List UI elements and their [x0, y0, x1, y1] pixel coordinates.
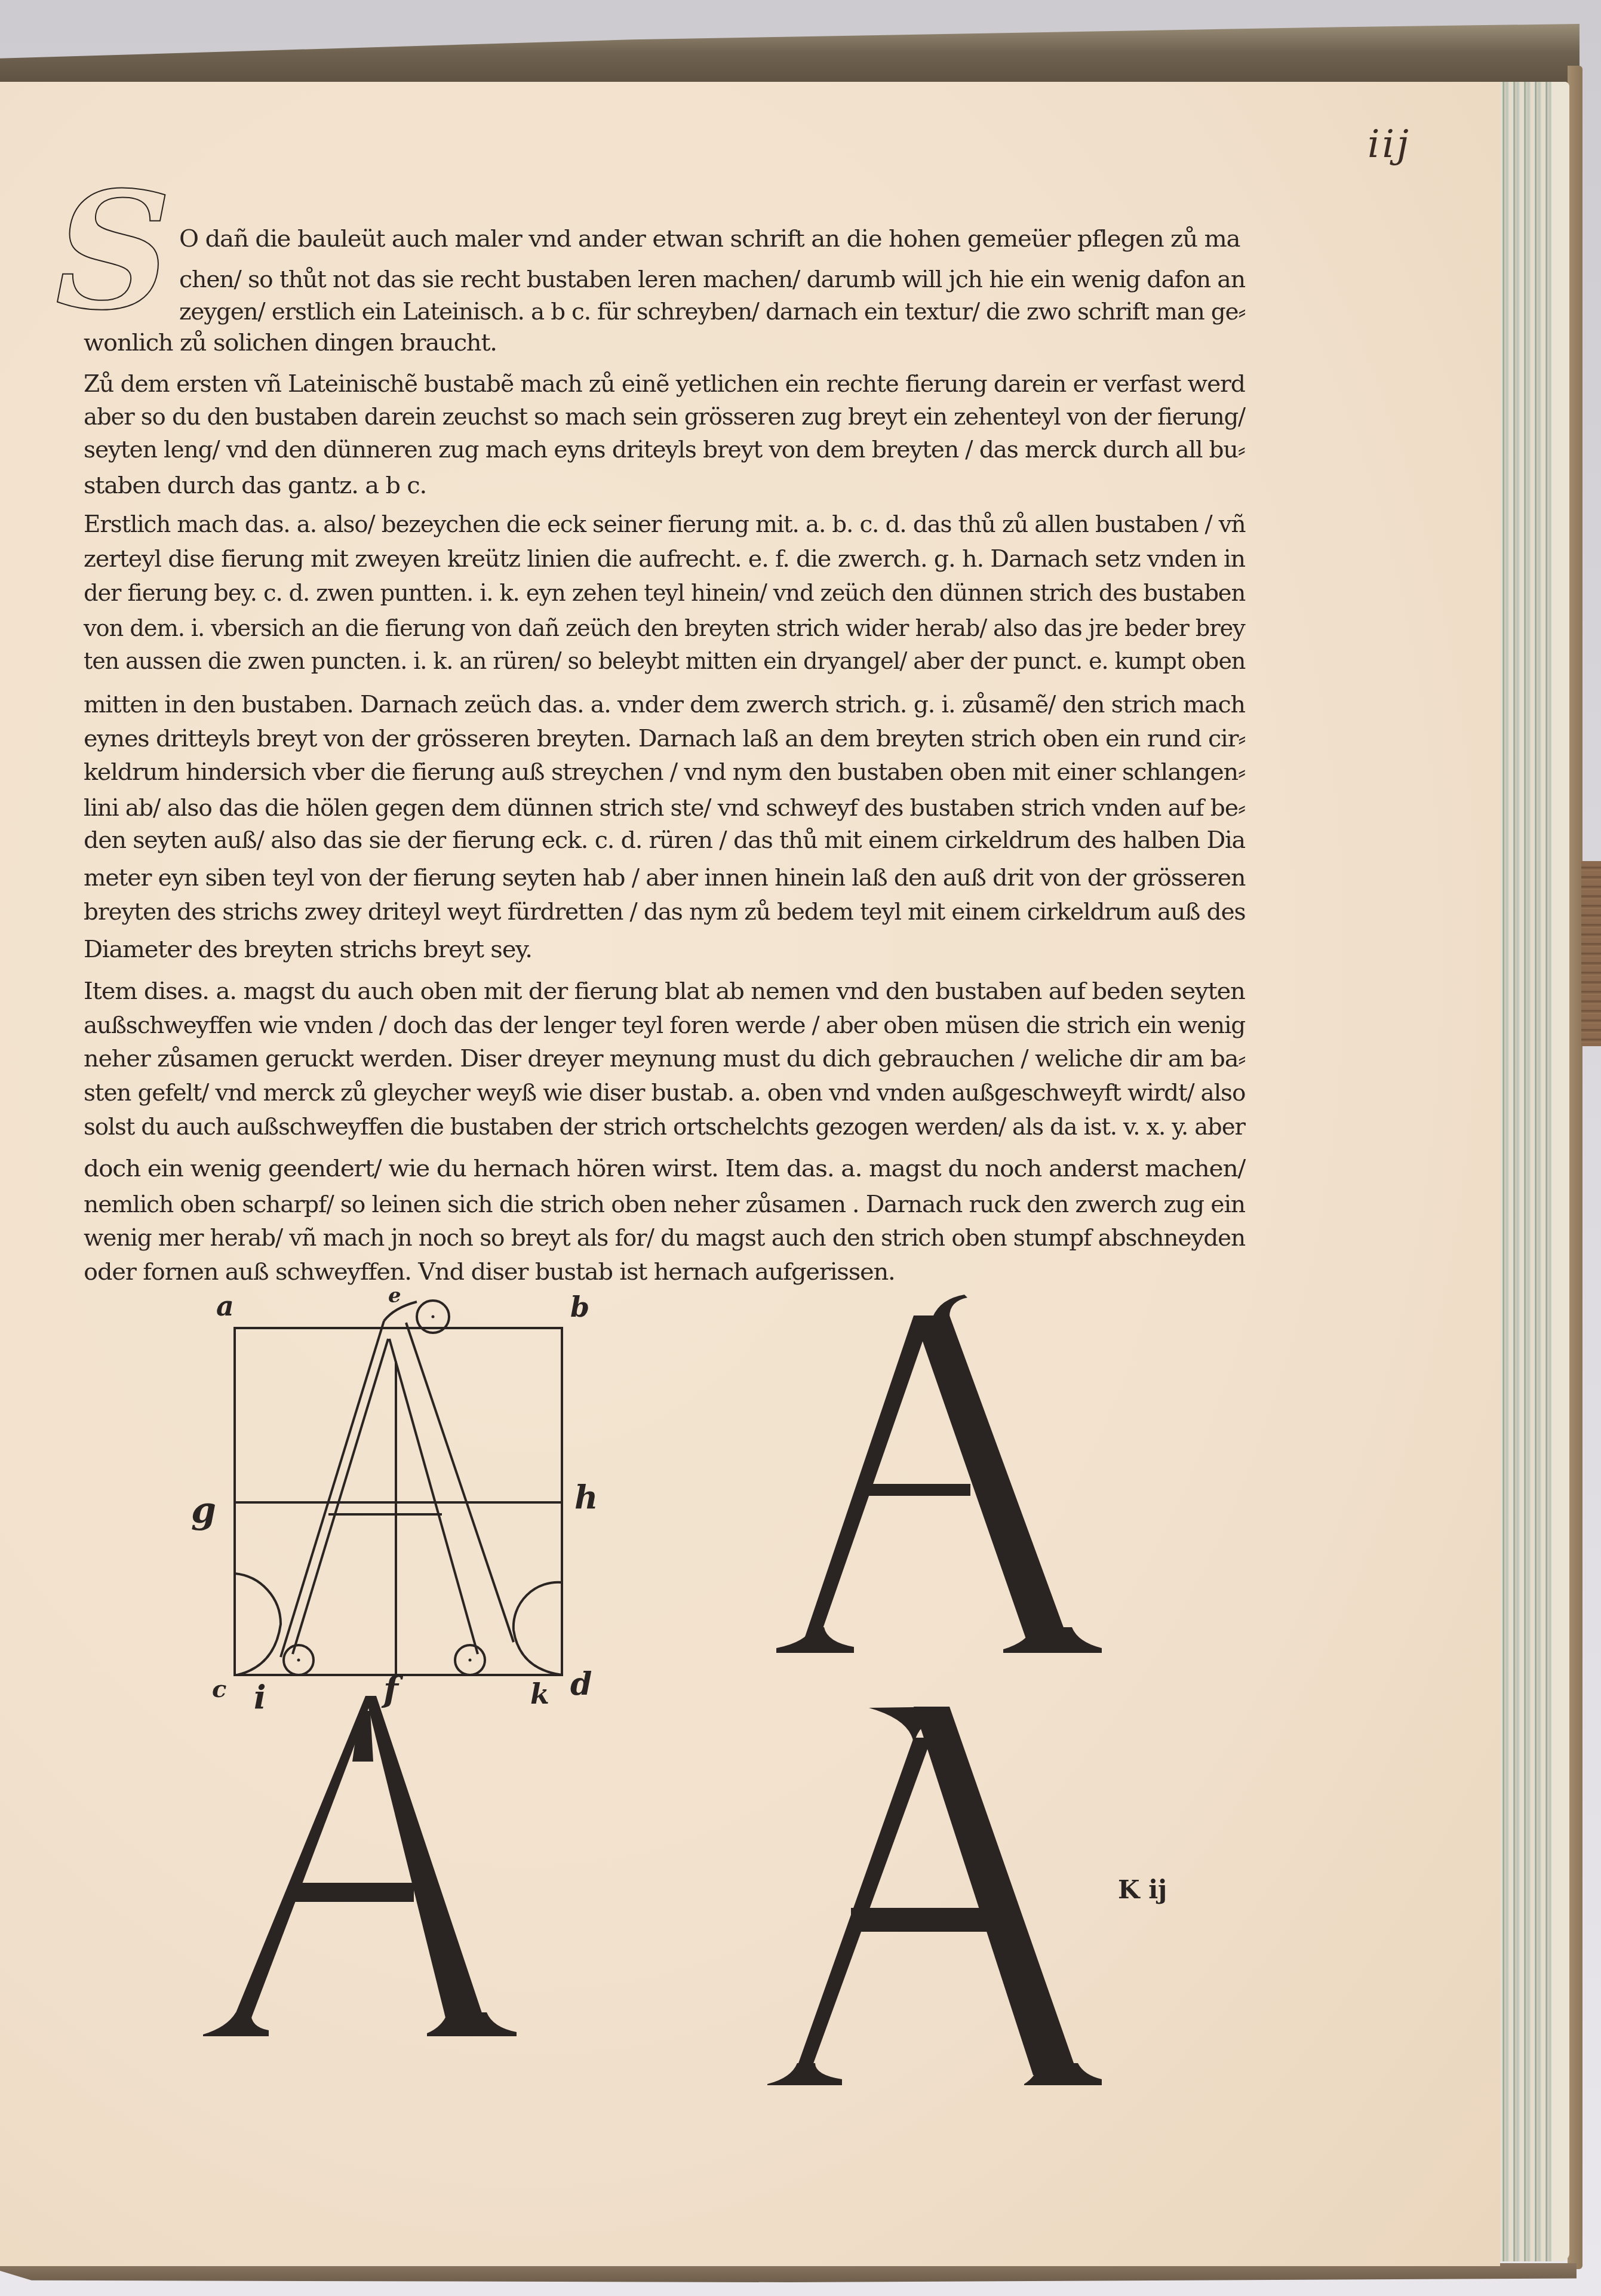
text-line: Zů dem ersten vñ Lateinischẽ bustabẽ mac…	[84, 367, 1245, 401]
letter-a-variant-flat-apex	[767, 1702, 1102, 2090]
body-text: O dañ die bauleüt auch maler vnd ander e…	[0, 0, 1601, 1314]
text-line: der fierung bey. c. d. zwen puntten. i. …	[84, 576, 1245, 610]
text-line: staben durch das gantz. a b c.	[84, 469, 426, 503]
text-line: von dem. i. vbersich an die fierung von …	[84, 611, 1245, 646]
diagram-label-e: e	[388, 1284, 401, 1308]
text-line: seyten leng/ vnd den dünneren zug mach e…	[84, 433, 1245, 467]
text-line: wenig mer herab/ vñ mach jn noch so brey…	[84, 1221, 1245, 1255]
text-line: doch ein wenig geendert/ wie du hernach …	[84, 1152, 1245, 1186]
text-line: lini ab/ also das die hölen gegen dem dü…	[84, 791, 1245, 825]
text-line: solst du auch außschweyffen die bustaben…	[84, 1110, 1245, 1144]
diagram-label-h: h	[574, 1478, 598, 1516]
letter-a-variant-curled	[770, 1293, 1111, 1657]
text-line: zeygen/ erstlich ein Lateinisch. a b c. …	[179, 295, 1207, 329]
text-line: keldrum hindersich vber die fierung auß …	[84, 755, 1245, 789]
text-line: Erstlich mach das. a. also/ bezeychen di…	[84, 508, 1245, 542]
text-line: zerteyl dise fierung mit zweyen kreütz l…	[84, 542, 1245, 576]
text-line: mitten in den bustaben. Darnach zeüch da…	[84, 688, 1245, 722]
text-line: Item dises. a. magst du auch oben mit de…	[84, 975, 1245, 1009]
text-line: wonlich zů solichen dingen braucht.	[84, 326, 497, 360]
construction-diagram: a e b g h c i f k d	[179, 1284, 627, 1702]
text-line: sten gefelt/ vnd merck zů gleycher weyß …	[84, 1076, 1245, 1110]
diagram-label-d: d	[570, 1666, 592, 1702]
text-line: nemlich oben scharpf/ so leinen sich die…	[84, 1188, 1245, 1222]
diagram-label-b: b	[570, 1291, 589, 1323]
text-line: O dañ die bauleüt auch maler vnd ander e…	[179, 222, 1245, 256]
diagram-label-a: a	[216, 1290, 234, 1322]
text-line: den seyten auß/ also das sie der fierung…	[84, 823, 1245, 857]
text-line: Diameter des breyten strichs breyt sey.	[84, 933, 532, 967]
diagram-label-k: k	[530, 1678, 549, 1710]
text-line: breyten des strichs zwey driteyl weyt fü…	[84, 895, 1245, 929]
signature-mark: K ij	[1118, 1875, 1167, 1904]
capital-a-pointed-glyph	[203, 1693, 526, 2039]
text-line: ten aussen die zwen puncten. i. k. an rü…	[84, 644, 1245, 678]
text-line: chen/ so thůt not das sie recht bustaben…	[179, 263, 1222, 297]
text-line: meter eyn siben teyl von der fierung sey…	[84, 861, 1245, 895]
capital-a-flat-glyph	[767, 1702, 1102, 2090]
diagram-label-g: g	[191, 1490, 216, 1532]
text-line: außschweyffen wie vnden / doch das der l…	[84, 1009, 1245, 1043]
construction-diagram-drawing	[179, 1284, 627, 1702]
letter-a-variant-pointed	[203, 1693, 526, 2039]
capital-a-curled-glyph	[770, 1293, 1111, 1657]
text-line: eynes dritteyls breyt von der grösseren …	[84, 722, 1245, 756]
text-line: neher zůsamen geruckt werden. Diser drey…	[84, 1042, 1245, 1076]
text-line: aber so du den bustaben darein zeuchst s…	[84, 400, 1245, 434]
